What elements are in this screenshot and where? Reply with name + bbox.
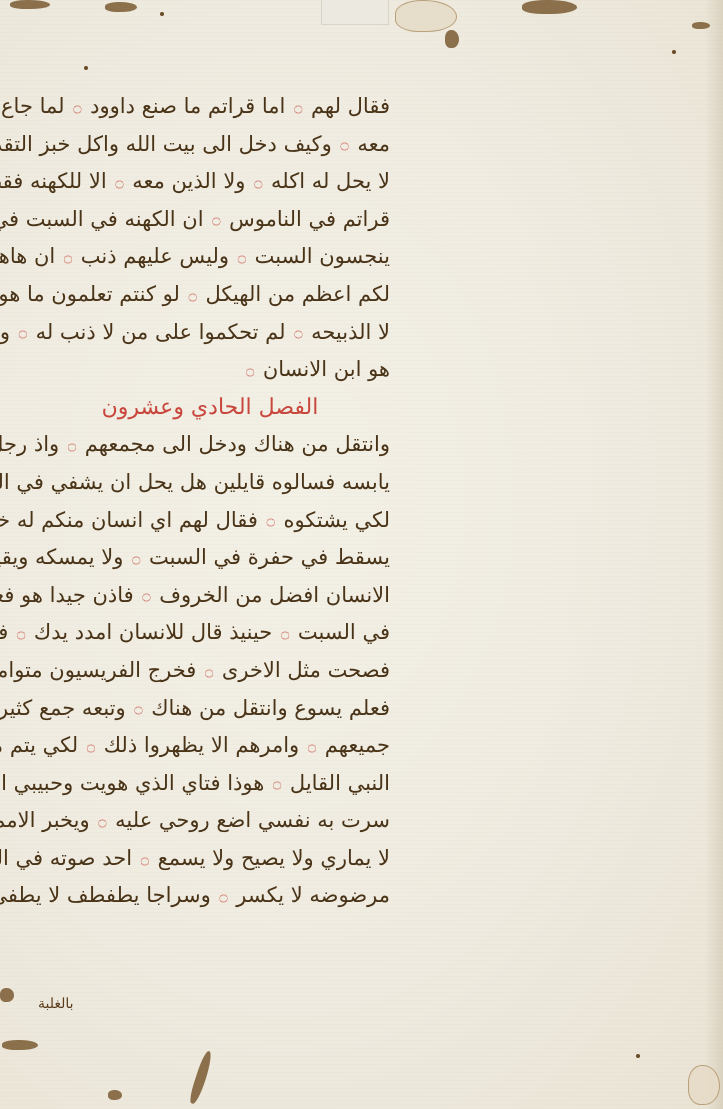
rubric-mark: ۝ <box>294 99 302 115</box>
paper-tab <box>321 0 389 25</box>
text-line: هو ابن الانسان ۝ <box>30 351 390 389</box>
speck <box>160 12 164 16</box>
text-line: لكي يشتكوه ۝ فقال لهم اي انسان منكم له خ… <box>30 502 390 540</box>
rubric-mark: ۝ <box>142 587 150 603</box>
rubric-mark: ۝ <box>68 437 76 453</box>
rubric-mark: ۝ <box>64 249 72 265</box>
rubric-mark: ۝ <box>212 211 220 227</box>
rubric-mark: ۝ <box>281 625 289 641</box>
rubric-mark: ۝ <box>115 174 123 190</box>
speck <box>636 1054 640 1058</box>
text-line: معه ۝ وكيف دخل الى بيت الله واكل خبز الت… <box>30 126 390 164</box>
text-line: لا يحل له اكله ۝ ولا الذين معه ۝ الا للك… <box>30 163 390 201</box>
ink-stain <box>522 0 577 14</box>
speck <box>84 66 88 70</box>
rubric-mark: ۝ <box>189 287 197 303</box>
rubric-mark: ۝ <box>340 136 348 152</box>
ink-stain <box>10 0 50 9</box>
text-line: سرت به نفسي اضع روحي عليه ۝ ويخبر الامم … <box>30 802 390 840</box>
rubric-mark: ۝ <box>205 663 213 679</box>
page-edge-shadow <box>705 0 723 1109</box>
rubric-mark: ۝ <box>267 512 275 528</box>
ink-stain <box>445 30 459 48</box>
rubric-mark: ۝ <box>87 738 95 754</box>
worm-hole <box>395 0 457 32</box>
text-line: ينجسون السبت ۝ وليس عليهم ذنب ۝ ان هاهنا… <box>30 238 390 276</box>
text-line: وانتقل من هناك ودخل الى مجمعهم ۝ واذ رجل… <box>30 426 390 464</box>
text-line: الانسان افضل من الخروف ۝ فاذن جيدا هو فع… <box>30 577 390 615</box>
text-line: النبي القايل ۝ هوذا فتاي الذي هويت وحبيب… <box>30 765 390 803</box>
rubric-mark: ۝ <box>254 174 262 190</box>
rubric-mark: ۝ <box>132 550 140 566</box>
rubric-mark: ۝ <box>238 249 246 265</box>
text-line: في السبت ۝ حينيذ قال للانسان امدد يدك ۝ … <box>30 614 390 652</box>
rubric-mark: ۝ <box>73 99 81 115</box>
text-line: فصحت مثل الاخرى ۝ فخرج الفريسيون متوامري… <box>30 652 390 690</box>
rubric-mark: ۝ <box>19 324 27 340</box>
ink-stain <box>108 1090 122 1100</box>
manuscript-text: فقال لهم ۝ اما قراتم ما صنع داوود ۝ لما … <box>30 88 390 915</box>
text-line: لا يماري ولا يصيح ولا يسمع ۝ احد صوته في… <box>30 840 390 878</box>
rubric-mark: ۝ <box>98 813 106 829</box>
text-line: يابسه فسالوه قايلين هل يحل ان يشفي في ال… <box>30 464 390 502</box>
speck <box>672 50 676 54</box>
rubric-mark: ۝ <box>134 700 142 716</box>
text-line: فقال لهم ۝ اما قراتم ما صنع داوود ۝ لما … <box>30 88 390 126</box>
rubric-mark: ۝ <box>273 775 281 791</box>
ink-stain <box>692 22 710 29</box>
rubric-mark: ۝ <box>219 888 227 904</box>
text-line: قراتم في الناموس ۝ ان الكهنه في السبت في… <box>30 201 390 239</box>
text-line: مرضوضه لا يكسر ۝ وسراجا يطفطف لا يطفي ۝ … <box>30 877 390 915</box>
text-line: يسقط في حفرة في السبت ۝ ولا يمسكه ويقيمه… <box>30 539 390 577</box>
chapter-heading: الفصل الحادي وعشرون <box>30 389 390 427</box>
rubric-mark: ۝ <box>246 362 254 378</box>
ink-stain <box>2 1040 38 1050</box>
text-line: فعلم يسوع وانتقل من هناك ۝ وتبعه جمع كثي… <box>30 690 390 728</box>
ink-stain <box>105 2 137 12</box>
text-line: لكم اعظم من الهيكل ۝ لو كنتم تعلمون ما ه… <box>30 276 390 314</box>
rubric-mark: ۝ <box>308 738 316 754</box>
catchword: بالغلبة <box>38 996 74 1012</box>
worm-hole <box>688 1065 720 1105</box>
rubric-mark: ۝ <box>141 851 149 867</box>
manuscript-page: فقال لهم ۝ اما قراتم ما صنع داوود ۝ لما … <box>0 0 723 1109</box>
text-line: لا الذبيحه ۝ لم تحكموا على من لا ذنب له … <box>30 314 390 352</box>
rubric-mark: ۝ <box>294 324 302 340</box>
text-line: جميعهم ۝ وامرهم الا يظهروا ذلك ۝ لكي يتم… <box>30 727 390 765</box>
rubric-mark: ۝ <box>17 625 25 641</box>
ink-stain <box>0 988 14 1002</box>
